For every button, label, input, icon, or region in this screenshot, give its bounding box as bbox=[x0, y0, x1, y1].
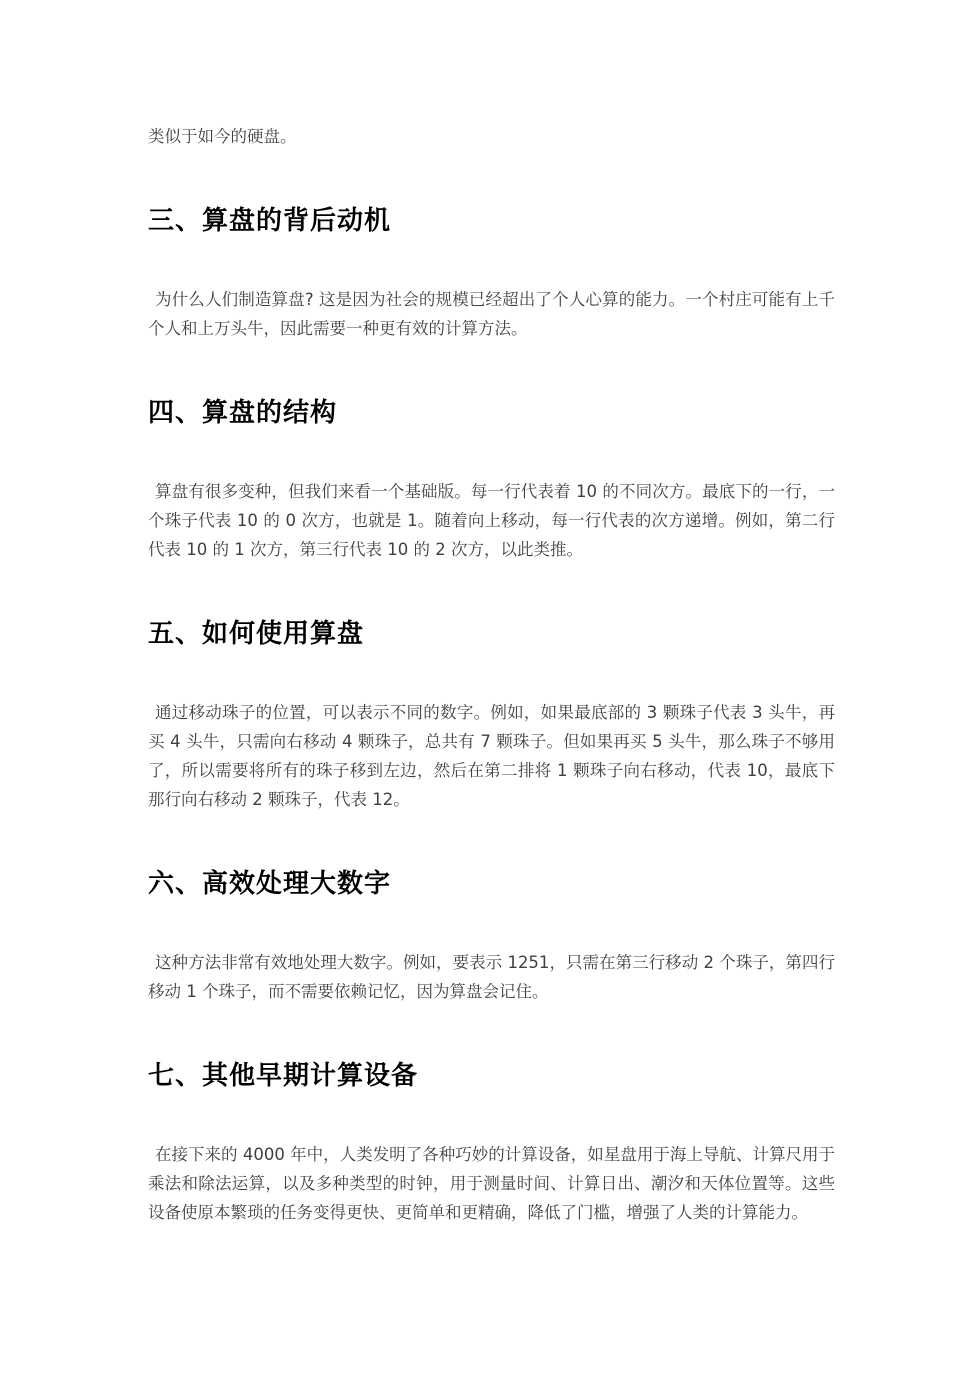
section-heading-motivation: 三、算盘的背后动机 bbox=[148, 205, 835, 237]
section-heading-other-devices: 七、其他早期计算设备 bbox=[148, 1060, 835, 1092]
section-paragraph-other-devices: 在接下来的 4000 年中，人类发明了各种巧妙的计算设备，如星盘用于海上导航、计… bbox=[148, 1140, 835, 1227]
continuation-paragraph: 类似于如今的硬盘。 bbox=[148, 122, 835, 151]
section-abacus-structure: 四、算盘的结构 算盘有很多变种，但我们来看一个基础版。每一行代表着 10 的不同… bbox=[148, 397, 835, 564]
section-heading-usage: 五、如何使用算盘 bbox=[148, 618, 835, 650]
section-paragraph-motivation: 为什么人们制造算盘? 这是因为社会的规模已经超出了个人心算的能力。一个村庄可能有… bbox=[148, 285, 835, 343]
document-page: 类似于如今的硬盘。 三、算盘的背后动机 为什么人们制造算盘? 这是因为社会的规模… bbox=[0, 0, 978, 1383]
section-paragraph-large-numbers: 这种方法非常有效地处理大数字。例如，要表示 1251，只需在第三行移动 2 个珠… bbox=[148, 948, 835, 1006]
section-other-devices: 七、其他早期计算设备 在接下来的 4000 年中，人类发明了各种巧妙的计算设备，… bbox=[148, 1060, 835, 1227]
section-abacus-usage: 五、如何使用算盘 通过移动珠子的位置，可以表示不同的数字。例如，如果最底部的 3… bbox=[148, 618, 835, 814]
section-heading-large-numbers: 六、高效处理大数字 bbox=[148, 868, 835, 900]
section-abacus-motivation: 三、算盘的背后动机 为什么人们制造算盘? 这是因为社会的规模已经超出了个人心算的… bbox=[148, 205, 835, 343]
section-paragraph-structure: 算盘有很多变种，但我们来看一个基础版。每一行代表着 10 的不同次方。最底下的一… bbox=[148, 477, 835, 564]
section-large-numbers: 六、高效处理大数字 这种方法非常有效地处理大数字。例如，要表示 1251，只需在… bbox=[148, 868, 835, 1006]
section-paragraph-usage: 通过移动珠子的位置，可以表示不同的数字。例如，如果最底部的 3 颗珠子代表 3 … bbox=[148, 698, 835, 814]
section-heading-structure: 四、算盘的结构 bbox=[148, 397, 835, 429]
